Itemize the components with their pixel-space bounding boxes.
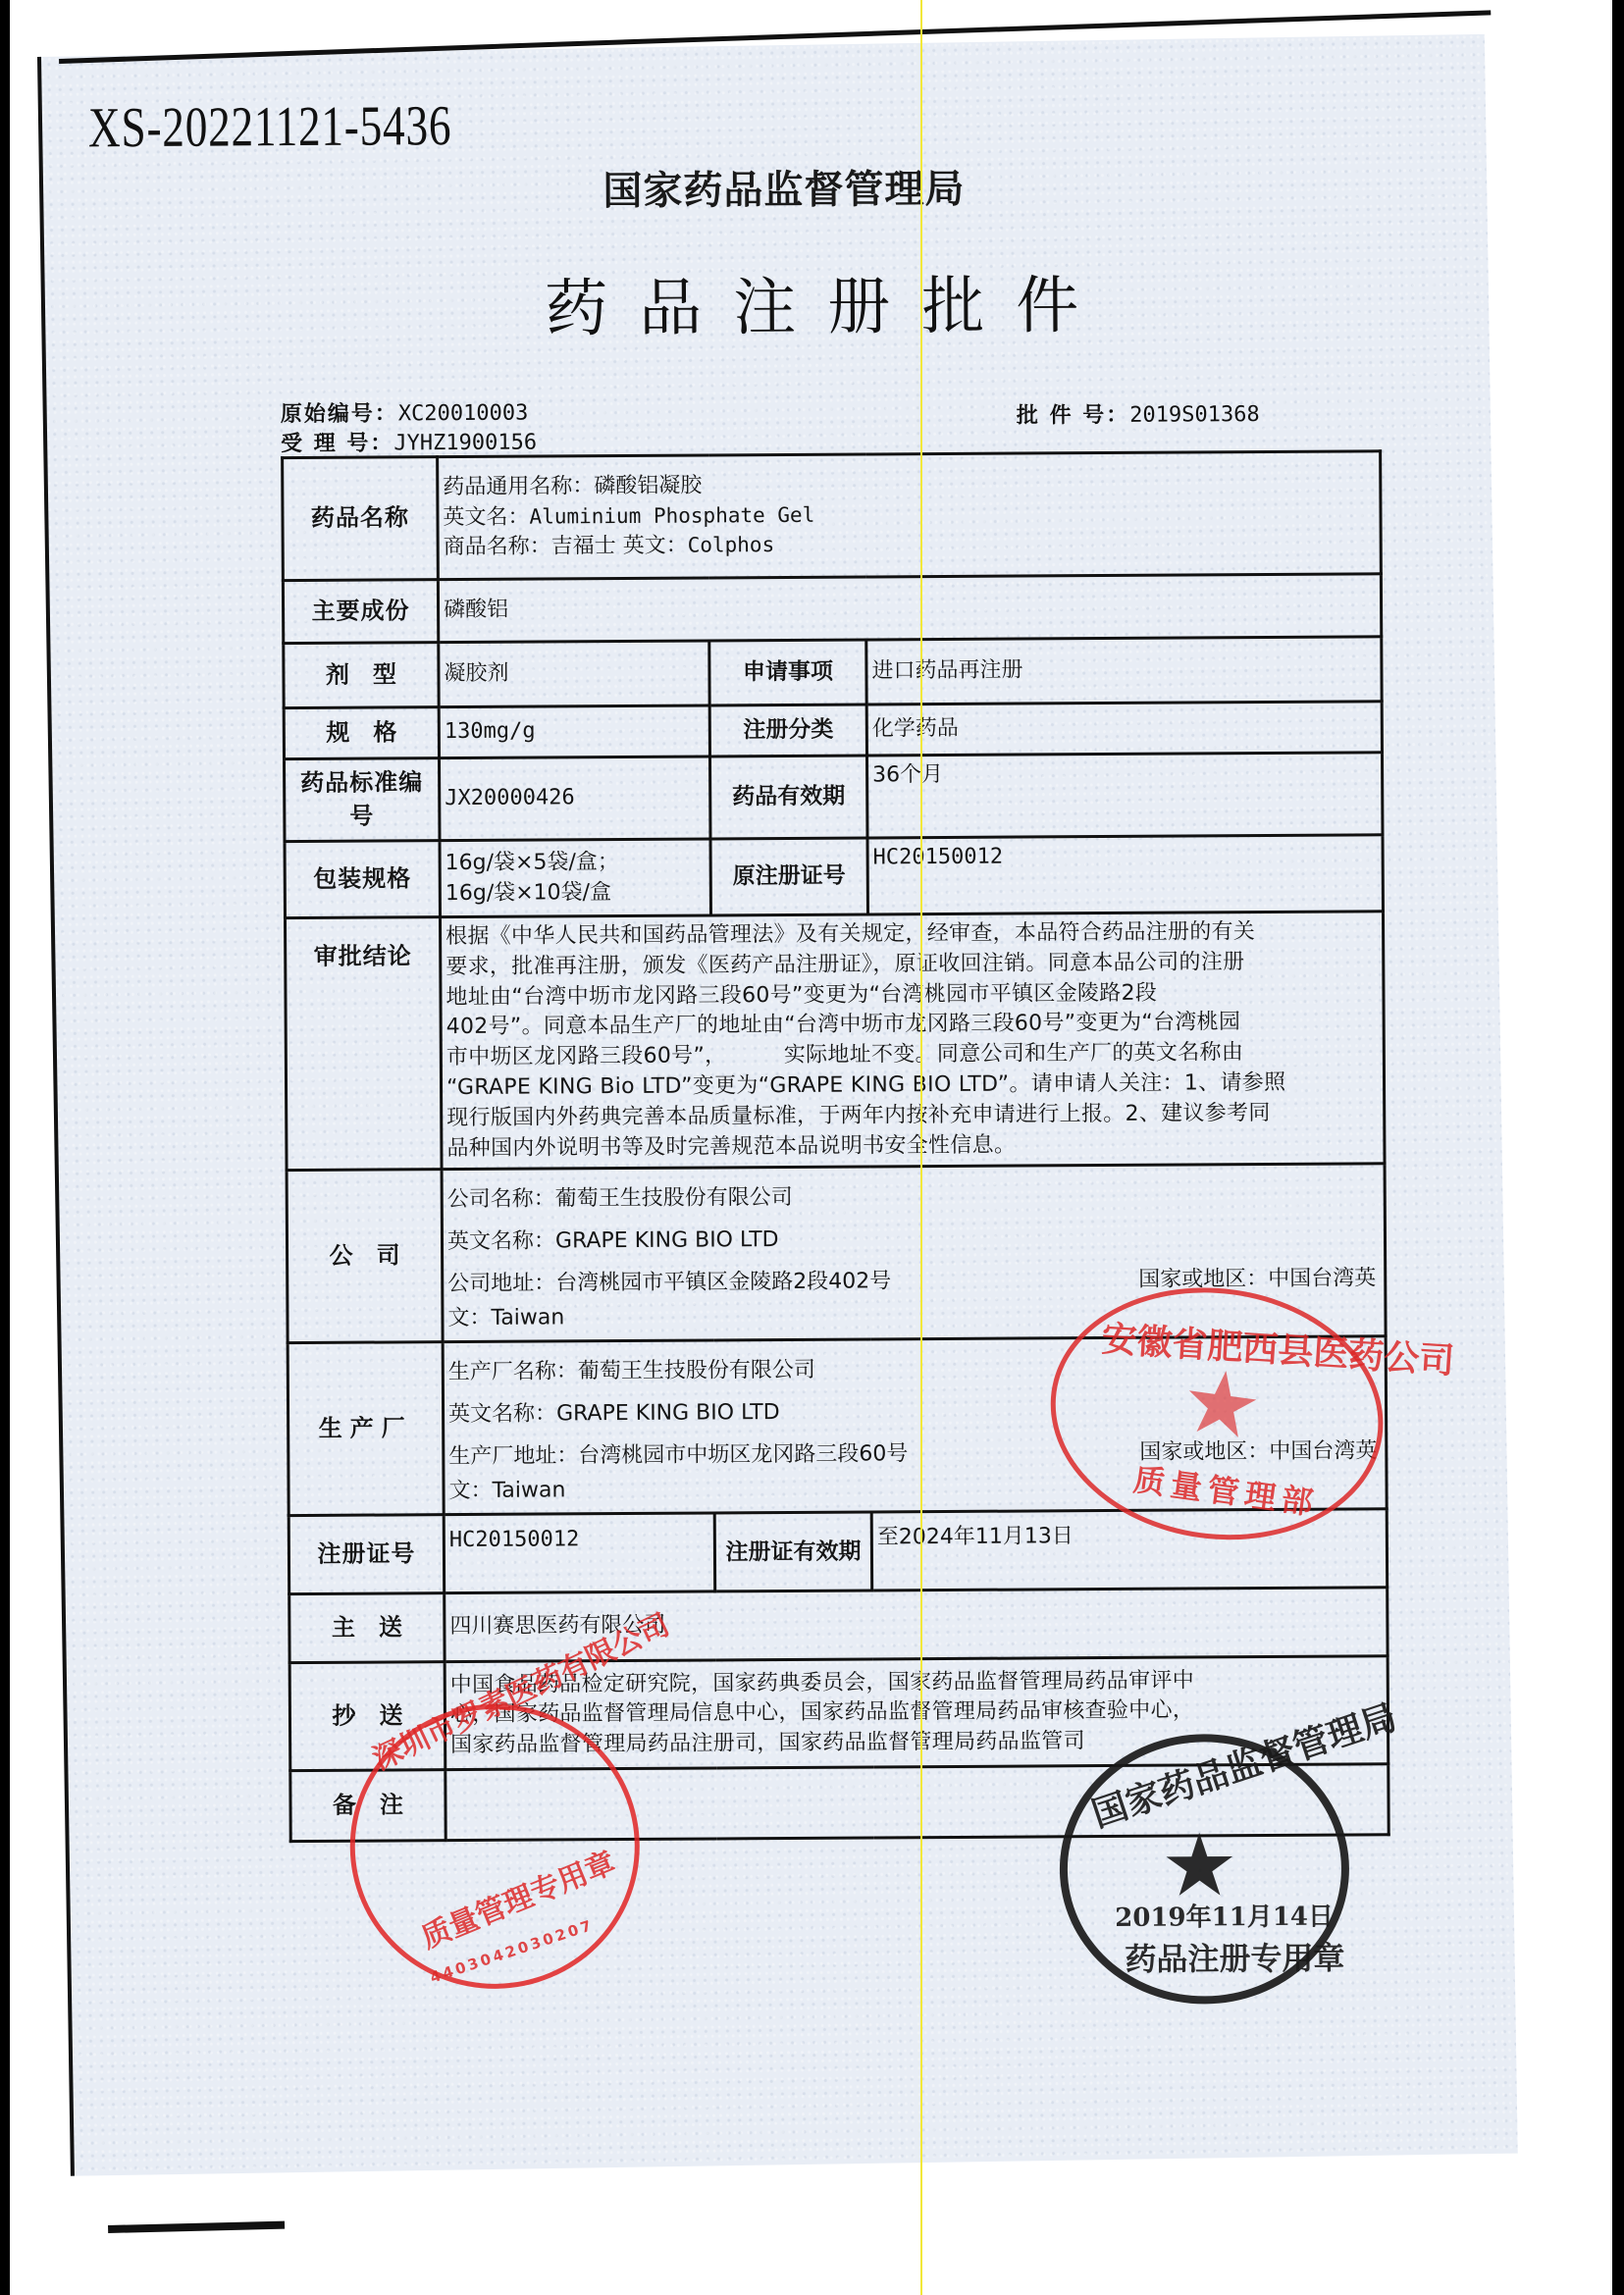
value-category: 化学药品	[866, 702, 1382, 756]
document-id: XS-20221121-5436	[88, 92, 452, 160]
label-cert-validity: 注册证有效期	[714, 1512, 871, 1591]
row-drug-name: 药品名称 药品通用名称：磷酸铝凝胶 英文名：Aluminium Phosphat…	[283, 451, 1382, 581]
label-packaging: 包装规格	[285, 841, 440, 918]
row-cert: 注册证号 HC20150012 注册证有效期 至2024年11月13日	[288, 1509, 1387, 1594]
value-conclusion: 根据《中华人民共和国药品管理法》及有关规定，经审查，本品符合药品注册的有关 要求…	[440, 912, 1385, 1170]
trade-name-label: 商品名称：吉福士 英文：	[444, 534, 688, 560]
manufacturer-name: 生产厂名称：葡萄王生技股份有限公司	[448, 1347, 1381, 1395]
label-remarks: 备注	[290, 1770, 445, 1842]
receipt-number-value: JYHZ1900156	[393, 431, 537, 456]
value-original-cert: HC20150012	[867, 835, 1383, 914]
stamp-bottom-text: 质量管理专用章	[414, 1838, 621, 1956]
conclusion-line: 现行版国内外药典完善本品质量标准，于两年内按补充申请进行上报。2、建议参考同	[446, 1098, 1379, 1134]
original-number-value: XC20010003	[398, 401, 529, 427]
row-ingredient: 主要成份 磷酸铝	[283, 574, 1381, 644]
packaging-line-1: 16g/袋×5袋/盒；	[445, 847, 706, 878]
manufacturer-address-row: 生产厂地址：台湾桃园市中坜区龙冈路三段60号国家或地区：中国台湾英	[448, 1431, 1381, 1479]
value-application: 进口药品再注册	[866, 637, 1382, 704]
value-standard-no: JX20000426	[439, 756, 710, 841]
packaging-line-2: 16g/袋×10袋/盒	[445, 877, 706, 909]
original-number: 原始编号：XC20010003	[281, 396, 529, 429]
approval-number-value: 2019S01368	[1129, 402, 1260, 428]
label-standard-no: 药品标准编号	[284, 758, 440, 842]
company-country: 国家或地区：中国台湾英	[1138, 1258, 1376, 1301]
company-name: 公司名称：葡萄王生技股份有限公司	[447, 1174, 1380, 1223]
row-manufacturer: 生产厂 生产厂名称：葡萄王生技股份有限公司 英文名称：GRAPE KING BI…	[288, 1336, 1387, 1516]
value-main-recipient: 四川赛思医药有限公司	[445, 1588, 1388, 1662]
receipt-number-label: 受 理 号：	[281, 431, 393, 456]
row-packaging: 包装规格 16g/袋×5袋/盒； 16g/袋×10袋/盒 原注册证号 HC201…	[285, 835, 1383, 918]
value-cert-no: HC20150012	[444, 1513, 714, 1593]
label-spec: 规格	[284, 707, 439, 759]
original-number-label: 原始编号：	[281, 401, 398, 427]
label-manufacturer: 生产厂	[288, 1342, 444, 1516]
row-cc: 抄送 中国食品药品检定研究院，国家药典委员会，国家药品监督管理局药品审评中 心，…	[289, 1656, 1388, 1771]
label-main-recipient: 主送	[289, 1593, 445, 1663]
company-address: 公司地址：台湾桃园市平镇区金陵路2段402号	[447, 1261, 891, 1306]
stamp-date: 2019年11月14日	[1115, 1897, 1334, 1934]
conclusion-line: 要求，批准再注册，颁发《医药产品注册证》，原证收回注销。同意本品公司的注册	[445, 947, 1378, 983]
stamp-code: 4403042030207	[428, 1916, 596, 1987]
value-packaging: 16g/袋×5袋/盒； 16g/袋×10袋/盒	[440, 839, 710, 917]
registration-table: 药品名称 药品通用名称：磷酸铝凝胶 英文名：Aluminium Phosphat…	[281, 449, 1390, 1843]
value-shelf-life: 36个月	[866, 753, 1383, 838]
cc-line: 国家药品监督管理局药品注册司，国家药品监督管理局药品监管司	[450, 1726, 1383, 1762]
value-spec: 130mg/g	[439, 705, 709, 758]
row-company: 公司 公司名称：葡萄王生技股份有限公司 英文名称：GRAPE KING BIO …	[287, 1164, 1386, 1343]
value-dosage-form: 凝胶剂	[439, 641, 709, 707]
approval-number-label: 批 件 号：	[1017, 403, 1129, 429]
document-content: XS-20221121-5436 国家药品监督管理局 药品注册批件 原始编号：X…	[0, 0, 1624, 2295]
row-main-recipient: 主送 四川赛思医药有限公司	[289, 1588, 1388, 1663]
company-english: 英文名称：GRAPE KING BIO LTD	[447, 1217, 1380, 1265]
issuing-agency: 国家药品监督管理局	[602, 158, 965, 216]
document-title: 药品注册批件	[545, 255, 1111, 349]
label-cc: 抄送	[289, 1662, 445, 1771]
manufacturer-country: 国家或地区：中国台湾英	[1139, 1431, 1377, 1474]
label-shelf-life: 药品有效期	[709, 756, 867, 839]
english-name-value: Aluminium Phosphate Gel	[529, 502, 814, 528]
manufacturer-address: 生产厂地址：台湾桃园市中坜区龙冈路三段60号	[448, 1434, 908, 1479]
label-drug-name: 药品名称	[283, 457, 439, 581]
label-ingredient: 主要成份	[283, 580, 438, 644]
value-remarks	[445, 1764, 1388, 1841]
label-cert-no: 注册证号	[288, 1515, 444, 1594]
label-original-cert: 原注册证号	[710, 838, 867, 915]
row-dosage-form: 剂型 凝胶剂 申请事项 进口药品再注册	[284, 637, 1382, 708]
label-application: 申请事项	[709, 640, 866, 705]
manufacturer-english: 英文名称：GRAPE KING BIO LTD	[448, 1389, 1381, 1437]
row-conclusion: 审批结论 根据《中华人民共和国药品管理法》及有关规定，经审查，本品符合药品注册的…	[285, 912, 1385, 1171]
label-company: 公司	[287, 1170, 443, 1343]
value-cert-validity: 至2024年11月13日	[871, 1509, 1387, 1591]
label-category: 注册分类	[709, 704, 866, 756]
stamp-bottom-text: 药品注册专用章	[1125, 1934, 1344, 1980]
label-conclusion: 审批结论	[285, 917, 442, 1171]
value-company: 公司名称：葡萄王生技股份有限公司 英文名称：GRAPE KING BIO LTD…	[442, 1164, 1386, 1342]
trade-name-en: Colphos	[688, 533, 775, 557]
value-drug-name: 药品通用名称：磷酸铝凝胶 英文名：Aluminium Phosphate Gel…	[438, 451, 1382, 580]
value-manufacturer: 生产厂名称：葡萄王生技股份有限公司 英文名称：GRAPE KING BIO LT…	[443, 1336, 1387, 1515]
scan-artifact-line	[920, 0, 922, 2295]
value-ingredient: 磷酸铝	[438, 574, 1381, 643]
row-standard: 药品标准编号 JX20000426 药品有效期 36个月	[284, 753, 1382, 842]
english-name-label: 英文名：	[443, 504, 529, 530]
row-remarks: 备注	[290, 1764, 1388, 1842]
value-cc: 中国食品药品检定研究院，国家药典委员会，国家药品监督管理局药品审评中 心，国家药…	[445, 1656, 1388, 1770]
label-dosage-form: 剂型	[284, 643, 439, 708]
company-address-row: 公司地址：台湾桃园市平镇区金陵路2段402号国家或地区：中国台湾英	[447, 1258, 1380, 1306]
trade-name: 商品名称：吉福士 英文：Colphos	[444, 528, 1376, 564]
approval-number: 批 件 号：2019S01368	[1017, 397, 1260, 430]
row-spec: 规格 130mg/g 注册分类 化学药品	[284, 702, 1382, 759]
receipt-number: 受 理 号：JYHZ1900156	[281, 426, 537, 458]
conclusion-line: 品种国内外说明书等及时完善规范本品说明书安全性信息。	[446, 1128, 1379, 1165]
